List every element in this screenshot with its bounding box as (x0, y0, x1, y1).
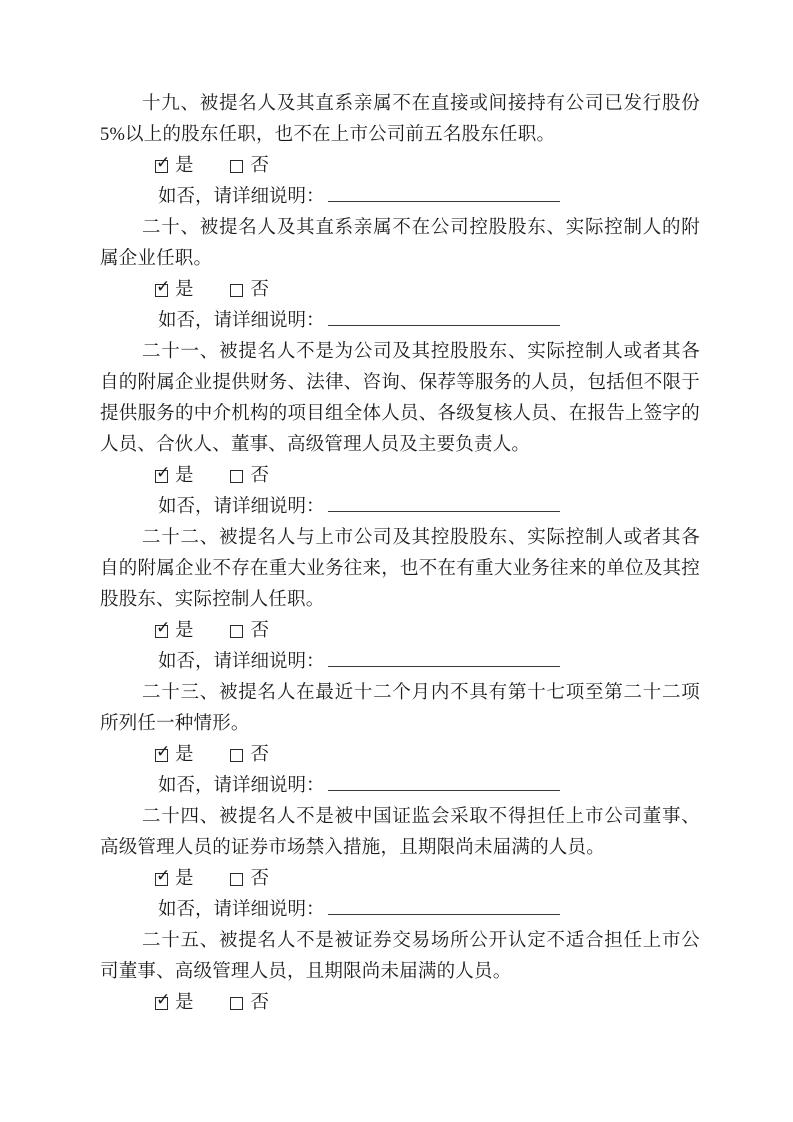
no-checkbox[interactable] (230, 749, 243, 762)
yes-checkbox[interactable]: ✓ (155, 284, 168, 297)
explanation-blank-line[interactable] (328, 183, 560, 203)
declaration-item-25: 二十五、被提名人不是被证券交易场所公开认定不适合担任上市公司董事、高级管理人员，… (100, 926, 700, 1019)
followup-row: 如否，请详细说明： (100, 492, 700, 523)
yes-label: 是 (175, 616, 194, 647)
choice-row: ✓ 是 否 (100, 151, 700, 182)
yes-checkbox[interactable]: ✓ (155, 873, 168, 886)
choice-row: ✓ 是 否 (100, 275, 700, 306)
check-mark-icon: ✓ (156, 992, 170, 1009)
followup-label: 如否，请详细说明： (158, 776, 325, 796)
no-label: 否 (251, 616, 270, 647)
choice-row: ✓ 是 否 (100, 988, 700, 1019)
no-label: 否 (251, 461, 270, 492)
yes-label: 是 (175, 740, 194, 771)
followup-row: 如否，请详细说明： (100, 895, 700, 926)
no-checkbox[interactable] (230, 625, 243, 638)
no-label: 否 (251, 740, 270, 771)
no-label: 否 (251, 864, 270, 895)
check-mark-icon: ✓ (156, 155, 170, 172)
check-mark-icon: ✓ (156, 465, 170, 482)
explanation-blank-line[interactable] (328, 896, 560, 916)
yes-checkbox[interactable]: ✓ (155, 997, 168, 1010)
yes-label: 是 (175, 864, 194, 895)
declaration-item-22: 二十二、被提名人与上市公司及其控股股东、实际控制人或者其各自的附属企业不存在重大… (100, 523, 700, 678)
no-checkbox[interactable] (230, 160, 243, 173)
item-statement-text: 二十、被提名人及其直系亲属不在公司控股股东、实际控制人的附属企业任职。 (100, 213, 700, 275)
no-label: 否 (251, 275, 270, 306)
followup-label: 如否，请详细说明： (158, 497, 325, 517)
check-mark-icon: ✓ (156, 620, 170, 637)
declaration-item-19: 十九、被提名人及其直系亲属不在直接或间接持有公司已发行股份 5%以上的股东任职，… (100, 89, 700, 213)
yes-label: 是 (175, 988, 194, 1019)
yes-checkbox[interactable]: ✓ (155, 470, 168, 483)
declaration-item-23: 二十三、被提名人在最近十二个月内不具有第十七项至第二十二项所列任一种情形。 ✓ … (100, 678, 700, 802)
explanation-blank-line[interactable] (328, 648, 560, 668)
followup-row: 如否，请详细说明： (100, 771, 700, 802)
item-statement-text: 二十二、被提名人与上市公司及其控股股东、实际控制人或者其各自的附属企业不存在重大… (100, 523, 700, 616)
choice-row: ✓ 是 否 (100, 864, 700, 895)
yes-label: 是 (175, 461, 194, 492)
choice-row: ✓ 是 否 (100, 740, 700, 771)
declaration-item-20: 二十、被提名人及其直系亲属不在公司控股股东、实际控制人的附属企业任职。 ✓ 是 … (100, 213, 700, 337)
check-mark-icon: ✓ (156, 279, 170, 296)
explanation-blank-line[interactable] (328, 772, 560, 792)
check-mark-icon: ✓ (156, 868, 170, 885)
explanation-blank-line[interactable] (328, 307, 560, 327)
followup-label: 如否，请详细说明： (158, 652, 325, 672)
declaration-item-21: 二十一、被提名人不是为公司及其控股股东、实际控制人或者其各自的附属企业提供财务、… (100, 337, 700, 523)
item-statement-text: 二十一、被提名人不是为公司及其控股股东、实际控制人或者其各自的附属企业提供财务、… (100, 337, 700, 461)
followup-row: 如否，请详细说明： (100, 182, 700, 213)
check-mark-icon: ✓ (156, 744, 170, 761)
item-statement-text: 二十四、被提名人不是被中国证监会采取不得担任上市公司董事、高级管理人员的证券市场… (100, 802, 700, 864)
followup-row: 如否，请详细说明： (100, 647, 700, 678)
choice-row: ✓ 是 否 (100, 461, 700, 492)
followup-label: 如否，请详细说明： (158, 311, 325, 331)
choice-row: ✓ 是 否 (100, 616, 700, 647)
yes-checkbox[interactable]: ✓ (155, 749, 168, 762)
item-statement-text: 十九、被提名人及其直系亲属不在直接或间接持有公司已发行股份 5%以上的股东任职，… (100, 89, 700, 151)
item-statement-text: 二十三、被提名人在最近十二个月内不具有第十七项至第二十二项所列任一种情形。 (100, 678, 700, 740)
yes-label: 是 (175, 151, 194, 182)
followup-row: 如否，请详细说明： (100, 306, 700, 337)
declaration-items: 十九、被提名人及其直系亲属不在直接或间接持有公司已发行股份 5%以上的股东任职，… (100, 89, 700, 1019)
yes-checkbox[interactable]: ✓ (155, 160, 168, 173)
followup-label: 如否，请详细说明： (158, 187, 325, 207)
explanation-blank-line[interactable] (328, 493, 560, 513)
no-label: 否 (251, 151, 270, 182)
item-statement-text: 二十五、被提名人不是被证券交易场所公开认定不适合担任上市公司董事、高级管理人员，… (100, 926, 700, 988)
no-checkbox[interactable] (230, 284, 243, 297)
no-label: 否 (251, 988, 270, 1019)
yes-checkbox[interactable]: ✓ (155, 625, 168, 638)
no-checkbox[interactable] (230, 997, 243, 1010)
followup-label: 如否，请详细说明： (158, 900, 325, 920)
declaration-item-24: 二十四、被提名人不是被中国证监会采取不得担任上市公司董事、高级管理人员的证券市场… (100, 802, 700, 926)
no-checkbox[interactable] (230, 470, 243, 483)
yes-label: 是 (175, 275, 194, 306)
no-checkbox[interactable] (230, 873, 243, 886)
document-page: 十九、被提名人及其直系亲属不在直接或间接持有公司已发行股份 5%以上的股东任职，… (0, 0, 793, 1122)
